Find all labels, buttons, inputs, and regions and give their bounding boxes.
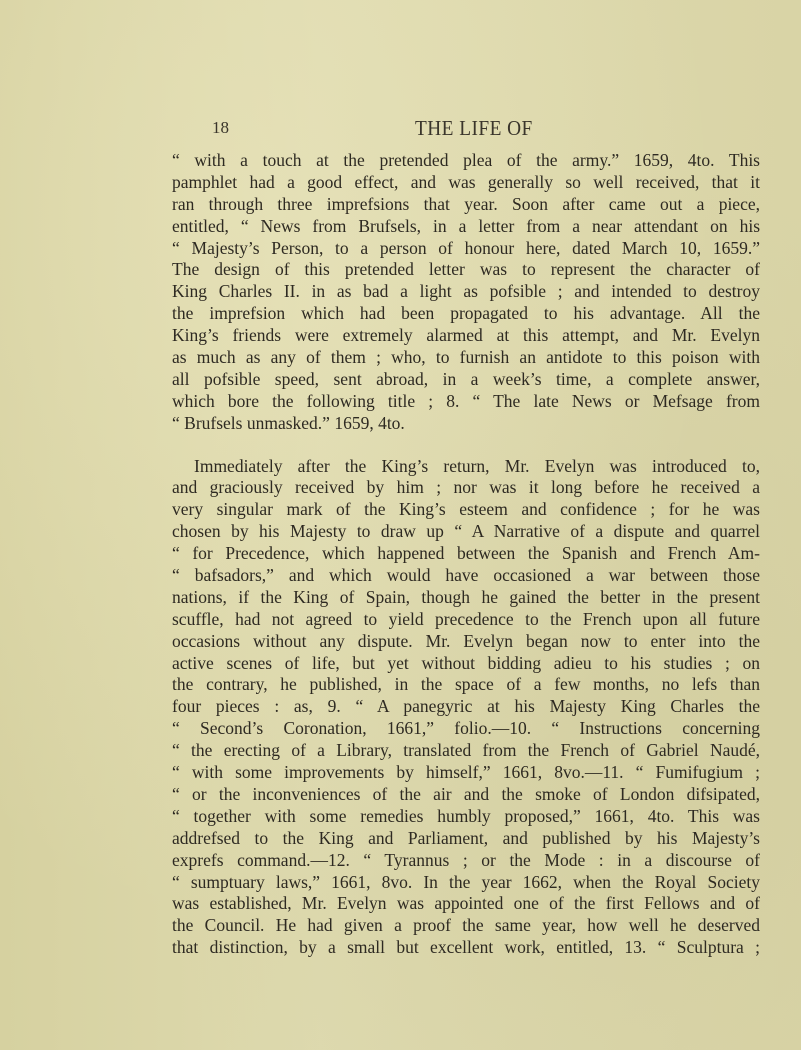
text-line: scuffle, had not agreed to yield precede… xyxy=(172,609,760,631)
text-line: ran through three imprefsions that year.… xyxy=(172,194,760,216)
text-line: “ Brufsels unmasked.” 1659, 4to. xyxy=(172,413,760,435)
text-line: all pofsible speed, sent abroad, in a we… xyxy=(172,369,760,391)
text-line: exprefs command.—12. “ Tyrannus ; or the… xyxy=(172,850,760,872)
text-line: “ the erecting of a Library, translated … xyxy=(172,740,760,762)
text-line: entitled, “ News from Brufsels, in a let… xyxy=(172,216,760,238)
text-line: “ with a touch at the pretended plea of … xyxy=(172,150,760,172)
text-line: “ with some improvements by himself,” 16… xyxy=(172,762,760,784)
text-line: “ together with some remedies humbly pro… xyxy=(172,806,760,828)
paragraph-1: “ with a touch at the pretended plea of … xyxy=(172,150,760,435)
text-line: active scenes of life, but yet without b… xyxy=(172,653,760,675)
text-line: King Charles II. in as bad a light as po… xyxy=(172,281,760,303)
text-line: Immediately after the King’s return, Mr.… xyxy=(172,456,760,478)
text-line: “ sumptuary laws,” 1661, 8vo. In the yea… xyxy=(172,872,760,894)
text-line: “ Majesty’s Person, to a person of honou… xyxy=(172,238,760,260)
text-line: the Council. He had given a proof the sa… xyxy=(172,915,760,937)
paragraph-2: Immediately after the King’s return, Mr.… xyxy=(172,456,760,959)
text-line: King’s friends were extremely alarmed at… xyxy=(172,325,760,347)
text-line: was established, Mr. Evelyn was appointe… xyxy=(172,893,760,915)
running-head: 18 THE LIFE OF xyxy=(212,118,762,142)
text-line: The design of this pretended letter was … xyxy=(172,259,760,281)
text-line: addrefsed to the King and Parliament, an… xyxy=(172,828,760,850)
text-line: four pieces : as, 9. “ A panegyric at hi… xyxy=(172,696,760,718)
text-line: and graciously received by him ; nor was… xyxy=(172,477,760,499)
book-page: 18 THE LIFE OF “ with a touch at the pre… xyxy=(0,0,801,1050)
text-line: as much as any of them ; who, to furnish… xyxy=(172,347,760,369)
text-line: which bore the following title ; 8. “ Th… xyxy=(172,391,760,413)
text-line: pamphlet had a good effect, and was gene… xyxy=(172,172,760,194)
text-line: chosen by his Majesty to draw up “ A Nar… xyxy=(172,521,760,543)
text-line: nations, if the King of Spain, though he… xyxy=(172,587,760,609)
page-number: 18 xyxy=(212,118,229,138)
text-line: “ for Precedence, which happened between… xyxy=(172,543,760,565)
text-line: “ Second’s Coronation, 1661,” folio.—10.… xyxy=(172,718,760,740)
body-text: “ with a touch at the pretended plea of … xyxy=(172,150,760,959)
text-line: the contrary, he published, in the space… xyxy=(172,674,760,696)
text-line: occasions without any dispute. Mr. Evely… xyxy=(172,631,760,653)
text-line: “ or the inconveniences of the air and t… xyxy=(172,784,760,806)
text-line: very singular mark of the King’s esteem … xyxy=(172,499,760,521)
text-line: the imprefsion which had been propagated… xyxy=(172,303,760,325)
text-line: that distinction, by a small but excelle… xyxy=(172,937,760,959)
running-title: THE LIFE OF xyxy=(415,116,533,141)
text-line: “ bafsadors,” and which would have occas… xyxy=(172,565,760,587)
